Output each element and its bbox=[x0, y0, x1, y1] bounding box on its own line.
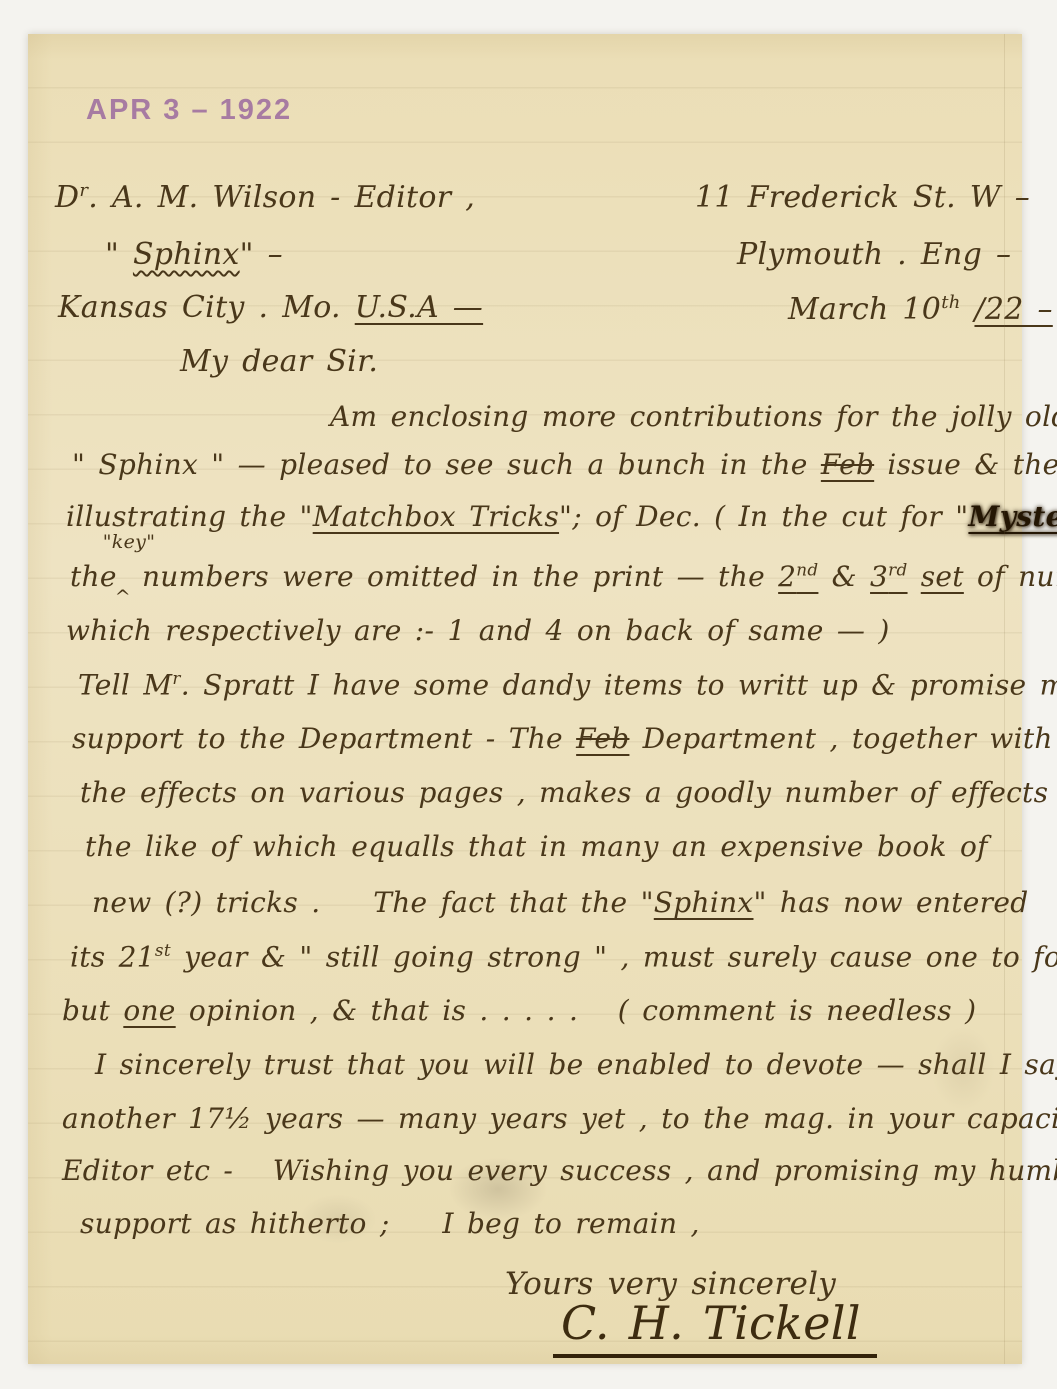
sender-street-line: 11 Frederick St. W – bbox=[695, 180, 1030, 215]
superscript: th bbox=[941, 292, 960, 313]
caret-icon: ^ bbox=[115, 586, 131, 608]
text-segment: . A. M. Wilson - Editor , bbox=[88, 180, 475, 215]
text-segment: " bbox=[105, 237, 133, 272]
body-line-7: support to the Department - The Feb Depa… bbox=[72, 722, 1053, 755]
letter-page: APR 3 – 1922 Dr. A. M. Wilson - Editor ,… bbox=[28, 34, 1022, 1364]
superscript: nd bbox=[796, 560, 818, 580]
superscript: r bbox=[79, 180, 88, 201]
signature: C. H. Tickell bbox=[553, 1296, 877, 1358]
body-line-13: I sincerely trust that you will be enabl… bbox=[95, 1048, 1057, 1081]
struck-word: Feb bbox=[821, 448, 874, 481]
body-line-16: support as hitherto ; I beg to remain , bbox=[80, 1207, 700, 1240]
text-segment: . Spratt I have some dandy items to writ… bbox=[181, 668, 1057, 701]
text-segment: 3 bbox=[870, 560, 888, 593]
received-date-stamp: APR 3 – 1922 bbox=[86, 94, 292, 127]
body-line-5: which respectively are :- 1 and 4 on bac… bbox=[66, 614, 890, 647]
superscript: r bbox=[172, 668, 180, 688]
text-segment: another 17½ years — many years yet , to … bbox=[62, 1102, 1057, 1135]
body-line-6: Tell Mr. Spratt I have some dandy items … bbox=[78, 668, 1057, 701]
scan-background: { "colors": { "paper": "#ecdfb8", "ink":… bbox=[0, 0, 1057, 1389]
text-segment bbox=[961, 292, 975, 327]
body-line-2: " Sphinx " — pleased to see such a bunch… bbox=[72, 448, 1057, 481]
body-line-11: its 21st year & " still going strong " ,… bbox=[70, 940, 1057, 973]
text-segment: illustrating the " bbox=[66, 500, 313, 533]
text-segment: support as hitherto ; I beg to remain , bbox=[80, 1207, 700, 1240]
recipient-magazine-line: " Sphinx" – bbox=[105, 237, 283, 272]
letter-date-line: March 10th /22 – bbox=[788, 292, 1053, 327]
text-segment: " – bbox=[240, 237, 283, 272]
body-line-12: but one opinion , & that is . . . . . ( … bbox=[62, 994, 976, 1027]
text-segment: opinion , & that is . . . . . ( comment … bbox=[176, 994, 977, 1027]
blotted-phrase: Mystery Cards bbox=[968, 500, 1057, 533]
text-segment: of numbers , bbox=[964, 560, 1057, 593]
recipient-name-line: Dr. A. M. Wilson - Editor , bbox=[55, 180, 475, 215]
text-segment: "; of Dec. ( In the cut for " bbox=[559, 500, 968, 533]
text-segment: support to the Department - The bbox=[72, 722, 576, 755]
underlined-word: U.S.A — bbox=[355, 290, 483, 325]
salutation: My dear Sir. bbox=[180, 344, 378, 379]
text-segment: " has now entered bbox=[754, 886, 1029, 919]
insertion-mark: "key"^ bbox=[117, 558, 129, 586]
text-segment: the effects on various pages , makes a g… bbox=[80, 776, 1057, 809]
text-segment: new (?) tricks . The fact that the " bbox=[92, 886, 654, 919]
text-segment: & bbox=[818, 560, 870, 593]
body-line-8: the effects on various pages , makes a g… bbox=[80, 776, 1057, 809]
text-segment: the bbox=[70, 560, 117, 593]
struck-word: Feb bbox=[576, 722, 629, 755]
body-line-10: new (?) tricks . The fact that the "Sphi… bbox=[92, 886, 1028, 919]
recipient-city-line: Kansas City . Mo. U.S.A — bbox=[58, 290, 483, 325]
underlined-phrase: Matchbox Tricks bbox=[313, 500, 559, 533]
text-segment: Kansas City . Mo. bbox=[58, 290, 355, 325]
underlined-word: one bbox=[123, 994, 175, 1027]
body-line-1: Am enclosing more contributions for the … bbox=[330, 400, 1057, 433]
text-segment: issue & the cut bbox=[874, 448, 1057, 481]
text-segment: D bbox=[55, 180, 79, 215]
text-segment: its 21 bbox=[70, 940, 155, 973]
body-line-3: illustrating the "Matchbox Tricks"; of D… bbox=[66, 500, 1057, 533]
sender-city-line: Plymouth . Eng – bbox=[737, 237, 1011, 272]
text-segment: the like of which equalls that in many a… bbox=[85, 830, 988, 863]
text-segment: which respectively are :- 1 and 4 on bac… bbox=[66, 614, 890, 647]
signature-line: C. H. Tickell bbox=[553, 1296, 877, 1358]
body-line-15: Editor etc - Wishing you every success ,… bbox=[62, 1154, 1057, 1187]
text-segment: year & " still going strong " , must sur… bbox=[171, 940, 1057, 973]
text-segment: March 10 bbox=[788, 292, 941, 327]
text-segment: but bbox=[62, 994, 123, 1027]
text-segment: Am enclosing more contributions for the … bbox=[330, 400, 1057, 433]
superscript: rd bbox=[888, 560, 907, 580]
underlined-word: set bbox=[921, 560, 964, 593]
text-segment: Editor etc - Wishing you every success ,… bbox=[62, 1154, 1057, 1187]
text-segment: Department , together with bbox=[629, 722, 1052, 755]
underlined-word: /22 – bbox=[974, 292, 1052, 327]
text-segment: I sincerely trust that you will be enabl… bbox=[95, 1048, 1057, 1081]
text-segment: numbers were omitted in the print — the bbox=[129, 560, 778, 593]
ordinal: 3rd bbox=[870, 560, 908, 593]
text-segment: Tell M bbox=[78, 668, 172, 701]
body-line-14: another 17½ years — many years yet , to … bbox=[62, 1102, 1057, 1135]
magazine-name: Sphinx bbox=[133, 237, 240, 272]
ordinal: 2nd bbox=[778, 560, 818, 593]
text-segment: " Sphinx " — pleased to see such a bunch… bbox=[72, 448, 821, 481]
magazine-name: Sphinx bbox=[654, 886, 754, 919]
inserted-word: "key" bbox=[103, 531, 155, 553]
superscript: st bbox=[155, 940, 171, 960]
text-segment bbox=[908, 560, 921, 593]
text-segment: 2 bbox=[778, 560, 796, 593]
body-line-9: the like of which equalls that in many a… bbox=[85, 830, 988, 863]
body-line-4: the"key"^ numbers were omitted in the pr… bbox=[70, 558, 1057, 593]
